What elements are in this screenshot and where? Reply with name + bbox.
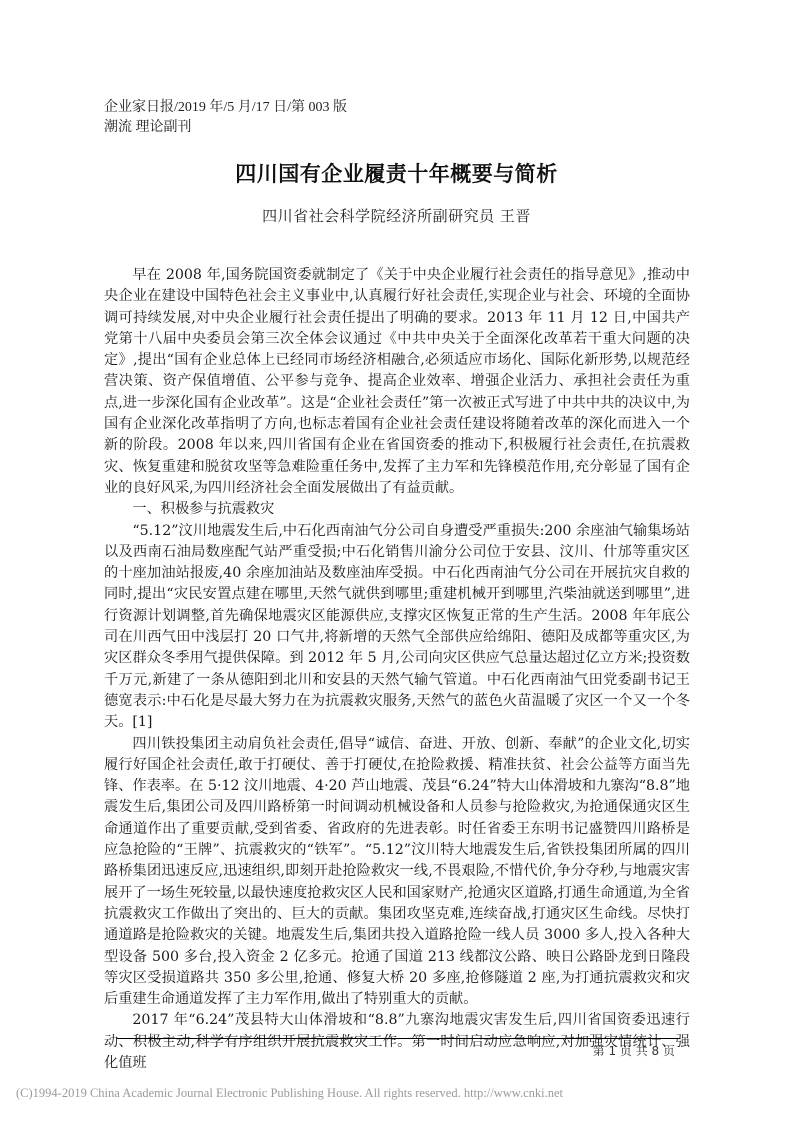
column-line: 潮流 理论副刊 [104,118,347,138]
page-indicator: 第 1 页 共 8 页 [593,1042,675,1059]
publication-meta: 企业家日报/2019 年/5 月/17 日/第 003 版 潮流 理论副刊 [104,98,347,138]
copyright-notice: (C)1994-2019 China Academic Journal Elec… [16,1086,563,1101]
paragraph-intro: 早在 2008 年,国务院国资委就制定了《关于中央企业履行社会责任的指导意见》,… [104,265,690,499]
author-line: 四川省社会科学院经济所副研究员 王晋 [0,205,793,226]
paragraph-railway-investment: 四川铁投集团主动肩负社会责任,倡导“诚信、奋进、开放、创新、奉献”的企业文化,切… [104,734,690,1011]
article-body: 早在 2008 年,国务院国资委就制定了《关于中央企业履行社会责任的指导意见》,… [104,265,690,1074]
footer-divider [117,1038,680,1039]
paragraph-sinopec: “5.12”汶川地震发生后,中石化西南油气分公司自身遭受严重损失:200 余座油… [104,521,690,734]
source-line: 企业家日报/2019 年/5 月/17 日/第 003 版 [104,98,347,118]
section-heading: 一、积极参与抗震救灾 [104,499,690,520]
article-title: 四川国有企业履责十年概要与简析 [0,158,793,188]
